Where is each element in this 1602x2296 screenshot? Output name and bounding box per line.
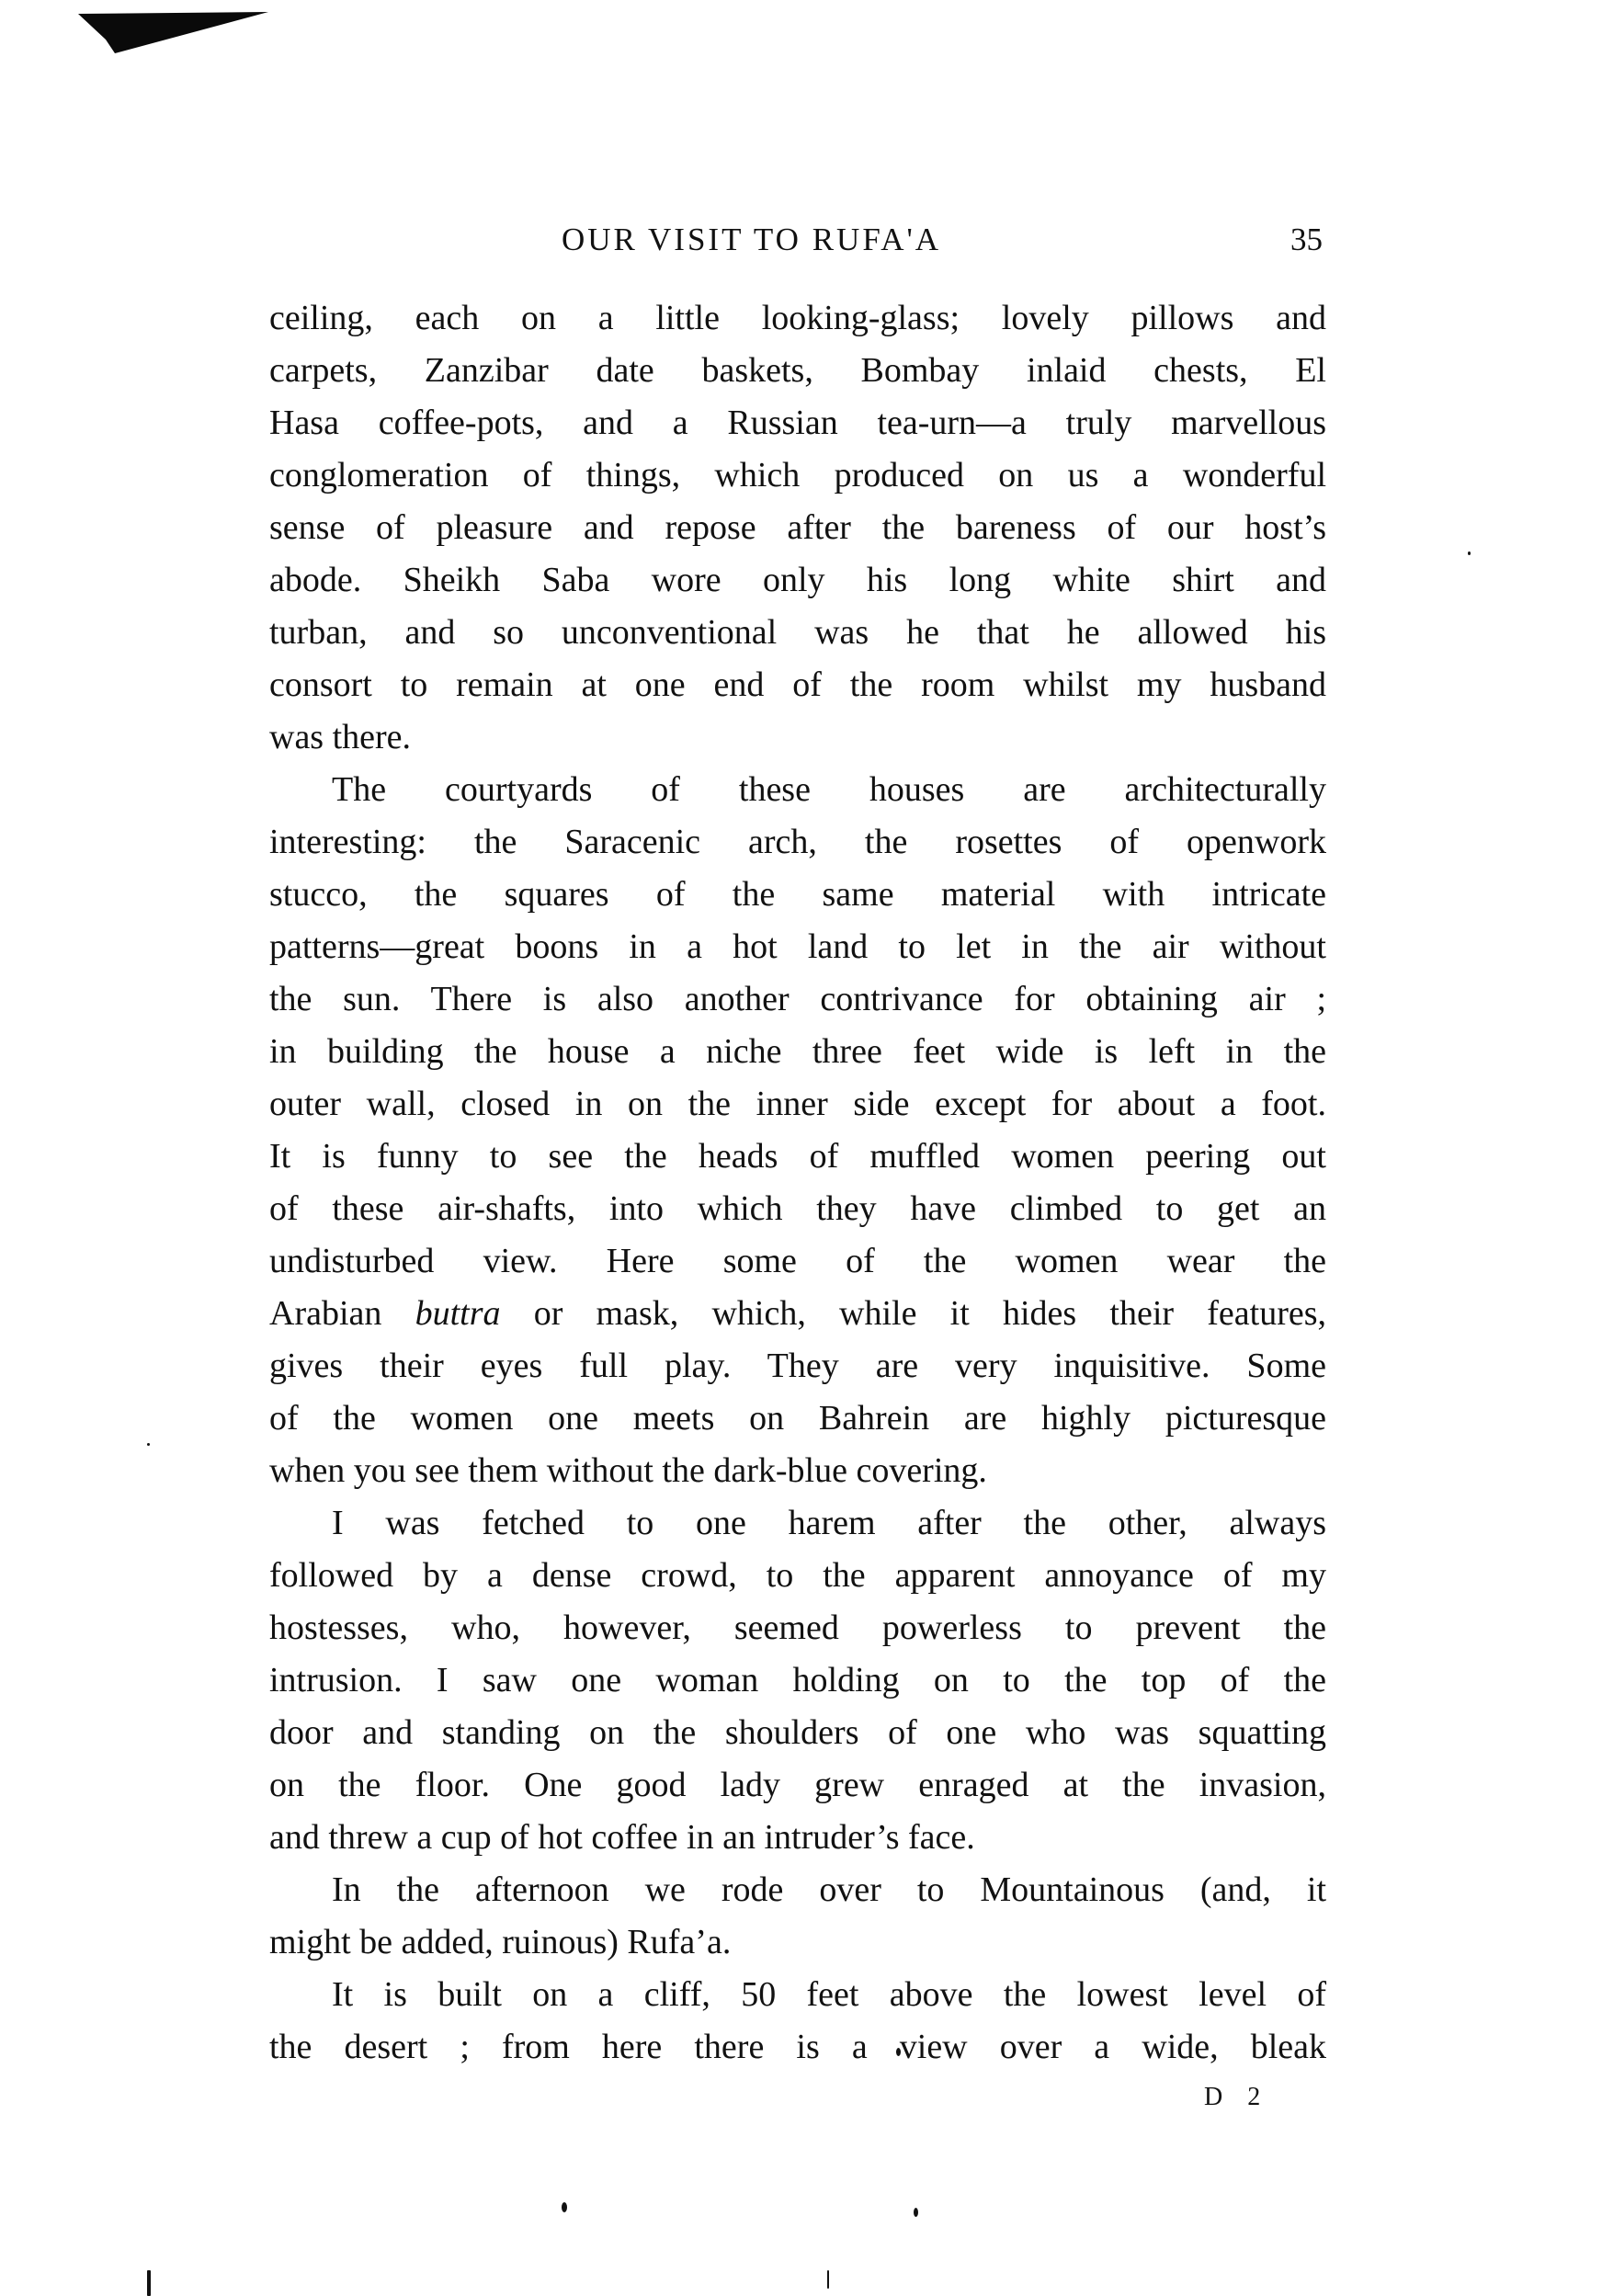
italic-term: buttra [415, 1294, 501, 1333]
text-line: I was fetched to one harem after the oth… [269, 1497, 1326, 1550]
text-line: intrusion. I saw one woman holding on to… [269, 1654, 1326, 1707]
text-line: turban, and so unconventional was he tha… [269, 607, 1326, 659]
text-line: patterns—great boons in a hot land to le… [269, 921, 1326, 973]
paragraph: ceiling, each on a little looking-glass;… [269, 292, 1326, 764]
scan-speck [1468, 551, 1471, 555]
text-line: in building the house a niche three feet… [269, 1026, 1326, 1078]
text-line: hostesses, who, however, seemed powerles… [269, 1602, 1326, 1654]
text-line: when you see them without the dark-blue … [269, 1445, 1326, 1497]
scan-speck [914, 2208, 918, 2217]
text-line: gives their eyes full play. They are ver… [269, 1340, 1326, 1392]
scan-corner-fold-mark [78, 12, 269, 54]
text-line: It is built on a cliff, 50 feet above th… [269, 1969, 1326, 2021]
scan-speck [147, 1443, 150, 1446]
text-line: sense of pleasure and repose after the b… [269, 502, 1326, 554]
text-line: the sun. There is also another contrivan… [269, 973, 1326, 1026]
signature-mark: D 2 [1204, 2083, 1269, 2112]
text-line: ceiling, each on a little looking-glass;… [269, 292, 1326, 345]
scan-speck [562, 2202, 567, 2212]
running-title: OUR VISIT TO RUFA'A [562, 217, 941, 263]
scan-speck [147, 2270, 151, 2296]
text-line: followed by a dense crowd, to the appare… [269, 1550, 1326, 1602]
text-line: The courtyards of these houses are archi… [269, 764, 1326, 816]
text-line: consort to remain at one end of the room… [269, 659, 1326, 711]
text-line: In the afternoon we rode over to Mountai… [269, 1864, 1326, 1916]
scan-speck [827, 2270, 829, 2289]
paragraph: I was fetched to one harem after the oth… [269, 1497, 1326, 1864]
text-line: conglomeration of things, which produced… [269, 449, 1326, 502]
running-head: OUR VISIT TO RUFA'A 35 [269, 217, 1326, 263]
text-line: Arabian buttra or mask, which, while it … [269, 1288, 1326, 1340]
text-line: stucco, the squares of the same material… [269, 869, 1326, 921]
paragraph: In the afternoon we rode over to Mountai… [269, 1864, 1326, 1969]
text-line: the desert ; from here there is a view o… [269, 2021, 1326, 2074]
text-line: undisturbed view. Here some of the women… [269, 1235, 1326, 1288]
scan-speck [896, 2048, 901, 2056]
text-line: abode. Sheikh Saba wore only his long wh… [269, 554, 1326, 607]
text-line: outer wall, closed in on the inner side … [269, 1078, 1326, 1131]
paragraph: The courtyards of these houses are archi… [269, 764, 1326, 1497]
text-line: carpets, Zanzibar date baskets, Bombay i… [269, 345, 1326, 397]
text-line: and threw a cup of hot coffee in an intr… [269, 1812, 1326, 1864]
text-line: interesting: the Saracenic arch, the ros… [269, 816, 1326, 869]
text-line: on the floor. One good lady grew enraged… [269, 1759, 1326, 1812]
text-line: It is funny to see the heads of muffled … [269, 1131, 1326, 1183]
page-number: 35 [1290, 217, 1323, 263]
paragraph: It is built on a cliff, 50 feet above th… [269, 1969, 1326, 2074]
body-text: ceiling, each on a little looking-glass;… [269, 292, 1326, 2074]
text-line: door and standing on the shoulders of on… [269, 1707, 1326, 1759]
text-line: Hasa coffee-pots, and a Russian tea-urn—… [269, 397, 1326, 449]
text-line: of the women one meets on Bahrein are hi… [269, 1392, 1326, 1445]
text-line: of these air-shafts, into which they hav… [269, 1183, 1326, 1235]
text-line: was there. [269, 711, 1326, 764]
text-line: might be added, ruinous) Rufa’a. [269, 1916, 1326, 1969]
